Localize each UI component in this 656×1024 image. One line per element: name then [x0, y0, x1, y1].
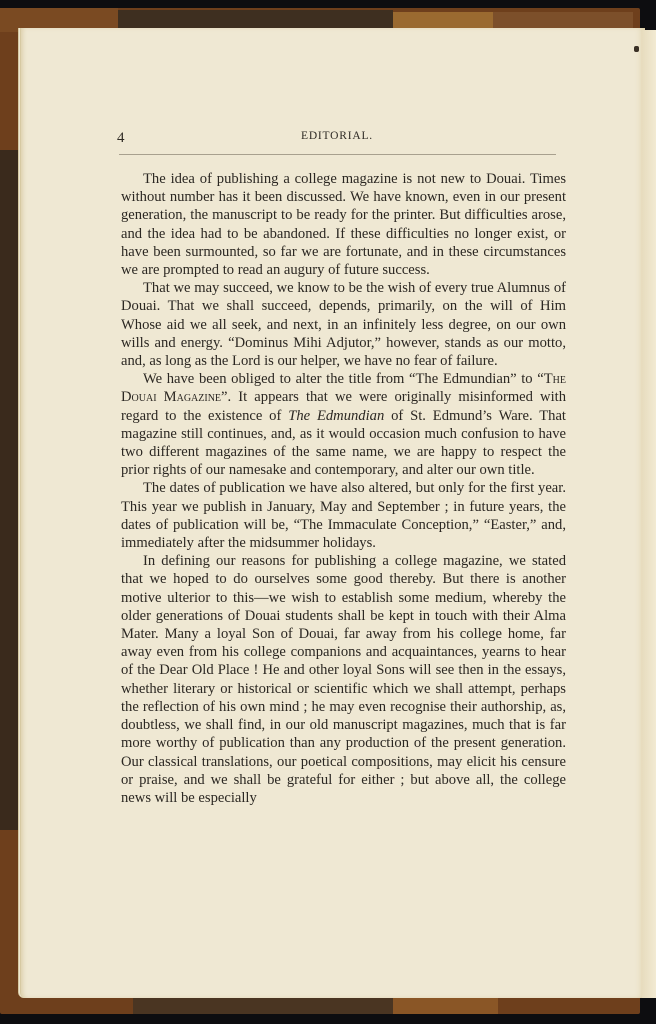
cover-leather-bottom-right — [393, 998, 498, 1014]
editorial-body: The idea of publishing a college magazin… — [121, 170, 566, 807]
paragraph: The idea of publishing a college magazin… — [121, 170, 566, 279]
ink-speck — [634, 46, 639, 52]
paragraph: That we may succeed, we know to be the w… — [121, 279, 566, 370]
header-rule — [119, 154, 556, 155]
page-header: 4 EDITORIAL. — [117, 128, 557, 148]
page-edge — [642, 30, 656, 998]
cover-spine-cloth — [0, 150, 20, 830]
paragraph-text: We have been obliged to alter the title … — [143, 371, 544, 387]
italic-title: The Edmundian — [288, 408, 384, 424]
paragraph: The dates of publication we have also al… — [121, 479, 566, 552]
cover-cloth-bottom — [133, 998, 393, 1014]
paragraph: We have been obliged to alter the title … — [121, 370, 566, 479]
running-head: EDITORIAL. — [117, 130, 557, 142]
paragraph: In defining our reasons for publishing a… — [121, 552, 566, 807]
